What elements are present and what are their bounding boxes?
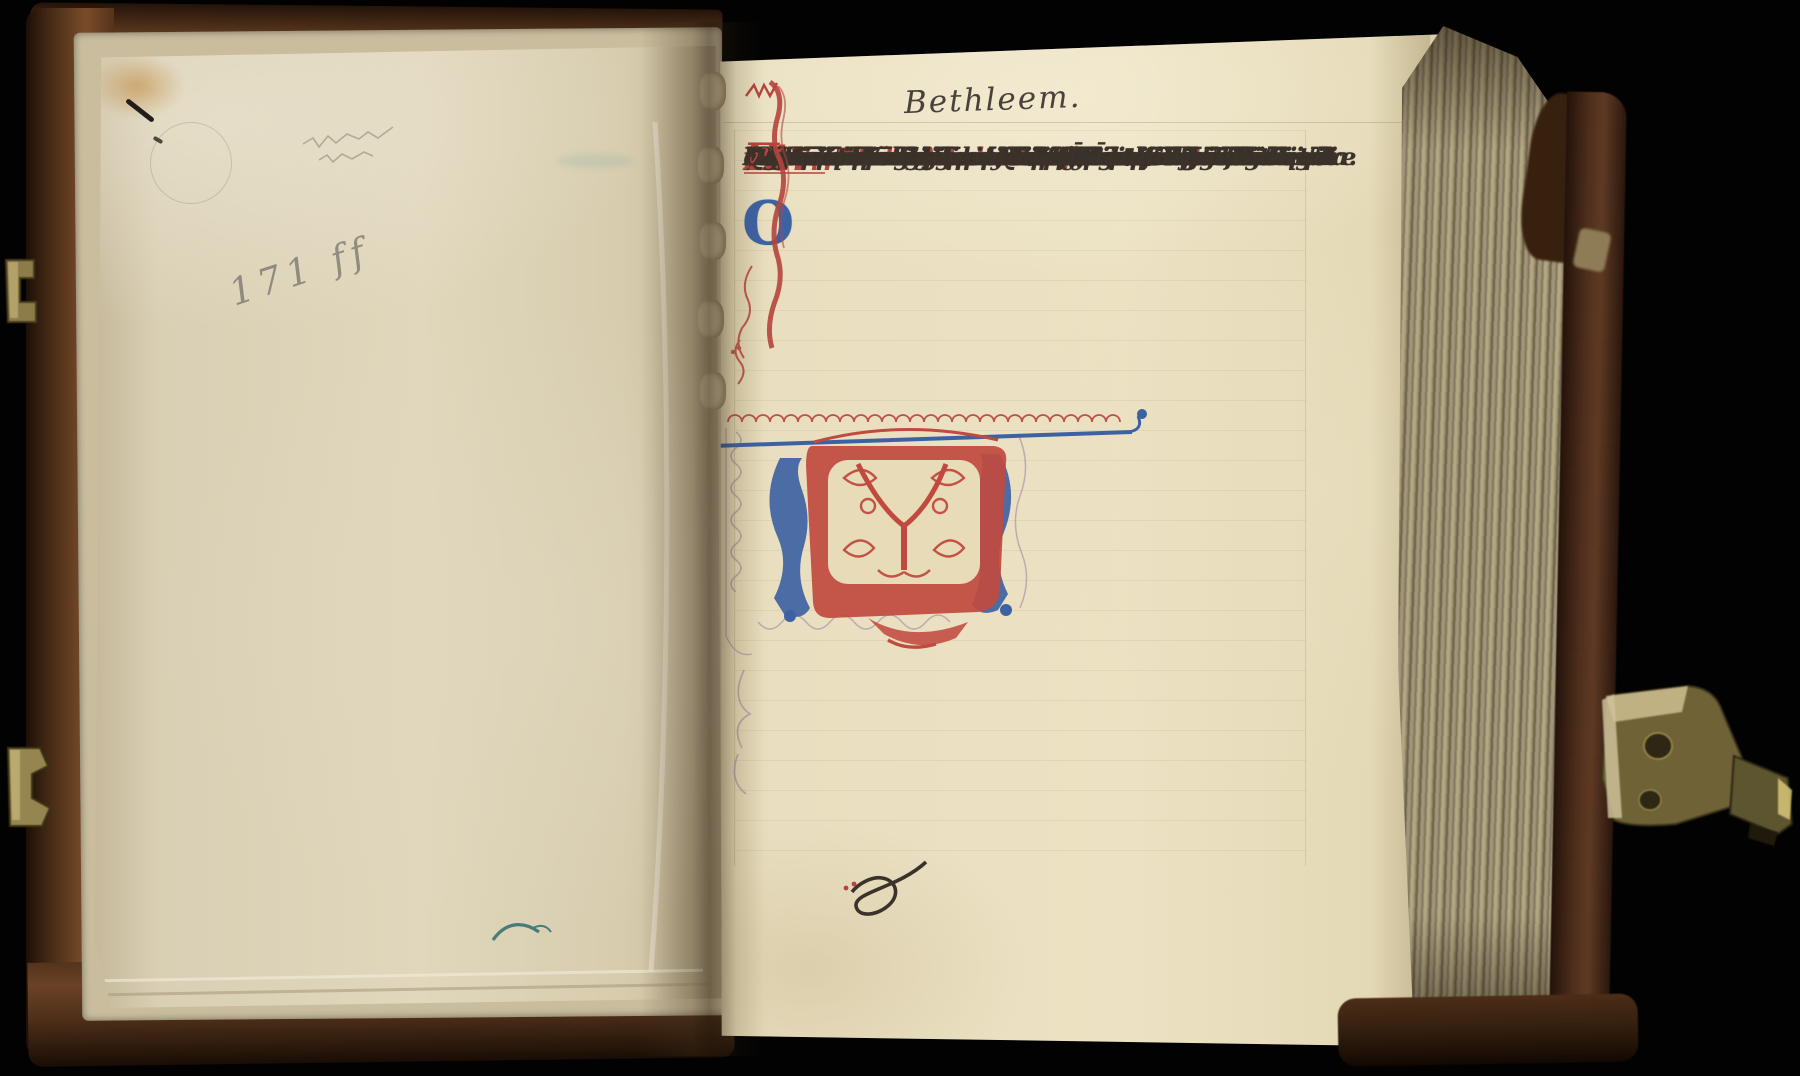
clasp-end-glint [1778, 778, 1792, 820]
coil-ornament-band [718, 409, 1147, 446]
manuscript-photo: 171 ff Bethleem. O Incipit Nocturnale de… [0, 0, 1800, 1076]
gutter-parchment-tab [698, 300, 724, 338]
brass-clasp [1592, 628, 1800, 878]
right-page: Bethleem. O Incipit Nocturnale de tpe. E… [718, 30, 1458, 1050]
red-margin-flourish [731, 266, 752, 384]
teal-thread [493, 925, 551, 940]
left-page-marks [95, 42, 722, 1008]
gutter-parchment-tab [700, 372, 726, 410]
penwork-decoration [718, 30, 1458, 1050]
red-cadel-initial-I [746, 82, 789, 348]
faded-scribble [303, 127, 393, 162]
left-page: 171 ff [95, 42, 722, 1008]
gutter-parchment-tab [700, 72, 726, 110]
brass-catch-upper [0, 254, 48, 344]
gutter-parchment-tab [700, 222, 726, 260]
brass-catch-lower [0, 740, 62, 834]
cover-bottom-right [1337, 993, 1638, 1066]
clasp-hole-upper [1644, 733, 1672, 759]
gutter-parchment-tab [698, 146, 724, 184]
decorated-initial-V [769, 429, 1012, 647]
ink-end-flourish [844, 862, 926, 914]
clasp-hole-lower [1639, 790, 1661, 810]
left-page-gutter-shading [652, 42, 722, 1008]
